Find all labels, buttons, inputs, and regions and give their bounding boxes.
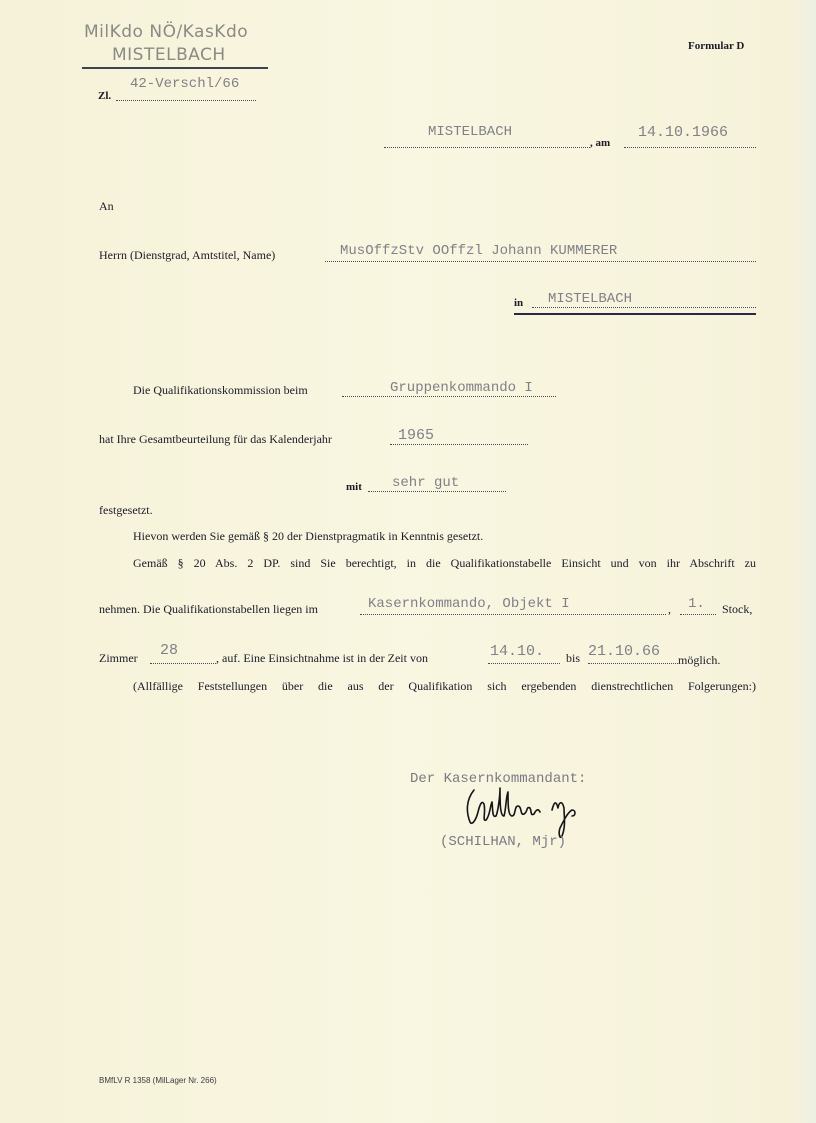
from-line <box>488 663 560 664</box>
year-line <box>390 444 528 445</box>
stamp-underline <box>82 67 268 69</box>
commission-value: Gruppenkommando I <box>390 380 533 396</box>
to-value: 21.10.66 <box>588 643 660 660</box>
an-label: An <box>99 199 114 214</box>
tabellen-location-value: Kasernkommando, Objekt I <box>368 596 570 612</box>
moeglich-label: möglich. <box>678 653 720 668</box>
from-value: 14.10. <box>490 643 544 660</box>
mit-label: mit <box>346 481 362 493</box>
commission-label: Die Qualifikationskommission beim <box>133 383 308 398</box>
date-value: 14.10.1966 <box>638 124 728 141</box>
location-value: MISTELBACH <box>548 291 632 307</box>
note-text: (Allfällige Feststellungen über die aus … <box>133 679 756 694</box>
name-line <box>325 261 756 262</box>
room-line <box>150 663 216 664</box>
in-label: in <box>514 297 523 309</box>
place-value: MISTELBACH <box>428 124 512 140</box>
stamp-line-2: MISTELBACH <box>112 45 226 65</box>
comma: , <box>668 602 671 617</box>
auf-label: , auf. Eine Einsichtnahme ist in der Zei… <box>216 651 428 666</box>
am-label: , am <box>590 137 610 149</box>
signature-name: (SCHILHAN, Mjr) <box>440 834 566 850</box>
to-line <box>588 663 678 664</box>
commission-line <box>342 396 556 397</box>
tabellen-location-line <box>360 614 666 615</box>
paragraph-2: Gemäß § 20 Abs. 2 DP. sind Sie berechtig… <box>133 556 756 571</box>
rating-value: sehr gut <box>392 475 459 491</box>
location-line <box>532 307 756 308</box>
zl-value: 42-Verschl/66 <box>130 76 239 92</box>
stamp-line-1: MilKdo NÖ/KasKdo <box>84 22 248 42</box>
room-value: 28 <box>160 642 178 659</box>
year-label: hat Ihre Gesamtbeurteilung für das Kalen… <box>99 432 332 447</box>
zl-label: Zl. <box>98 90 111 102</box>
floor-value: 1. <box>688 596 705 612</box>
floor-line <box>680 614 716 615</box>
stock-label: Stock, <box>722 602 752 617</box>
bis-label: bis <box>566 651 580 666</box>
rating-line <box>368 491 506 492</box>
paragraph-1: Hievon werden Sie gemäß § 20 der Dienstp… <box>133 529 483 544</box>
zl-line <box>116 100 256 101</box>
herrn-label: Herrn (Dienstgrad, Amtstitel, Name) <box>99 248 275 263</box>
nehmen-label: nehmen. Die Qualifikationstabellen liege… <box>99 602 318 617</box>
handwritten-signature <box>460 782 590 842</box>
form-label: Formular D <box>688 40 744 52</box>
form-code: BMfLV R 1358 (MilLager Nr. 266) <box>99 1076 217 1085</box>
name-value: MusOffzStv OOffzl Johann KUMMERER <box>340 243 617 259</box>
festgesetzt-text: festgesetzt. <box>99 503 153 518</box>
year-value: 1965 <box>398 427 434 444</box>
place-line <box>384 147 590 148</box>
date-line <box>624 147 756 148</box>
document-page: MilKdo NÖ/KasKdo MISTELBACH Zl. 42-Versc… <box>0 0 816 1123</box>
zimmer-label: Zimmer <box>99 651 138 666</box>
address-underline <box>514 313 756 315</box>
